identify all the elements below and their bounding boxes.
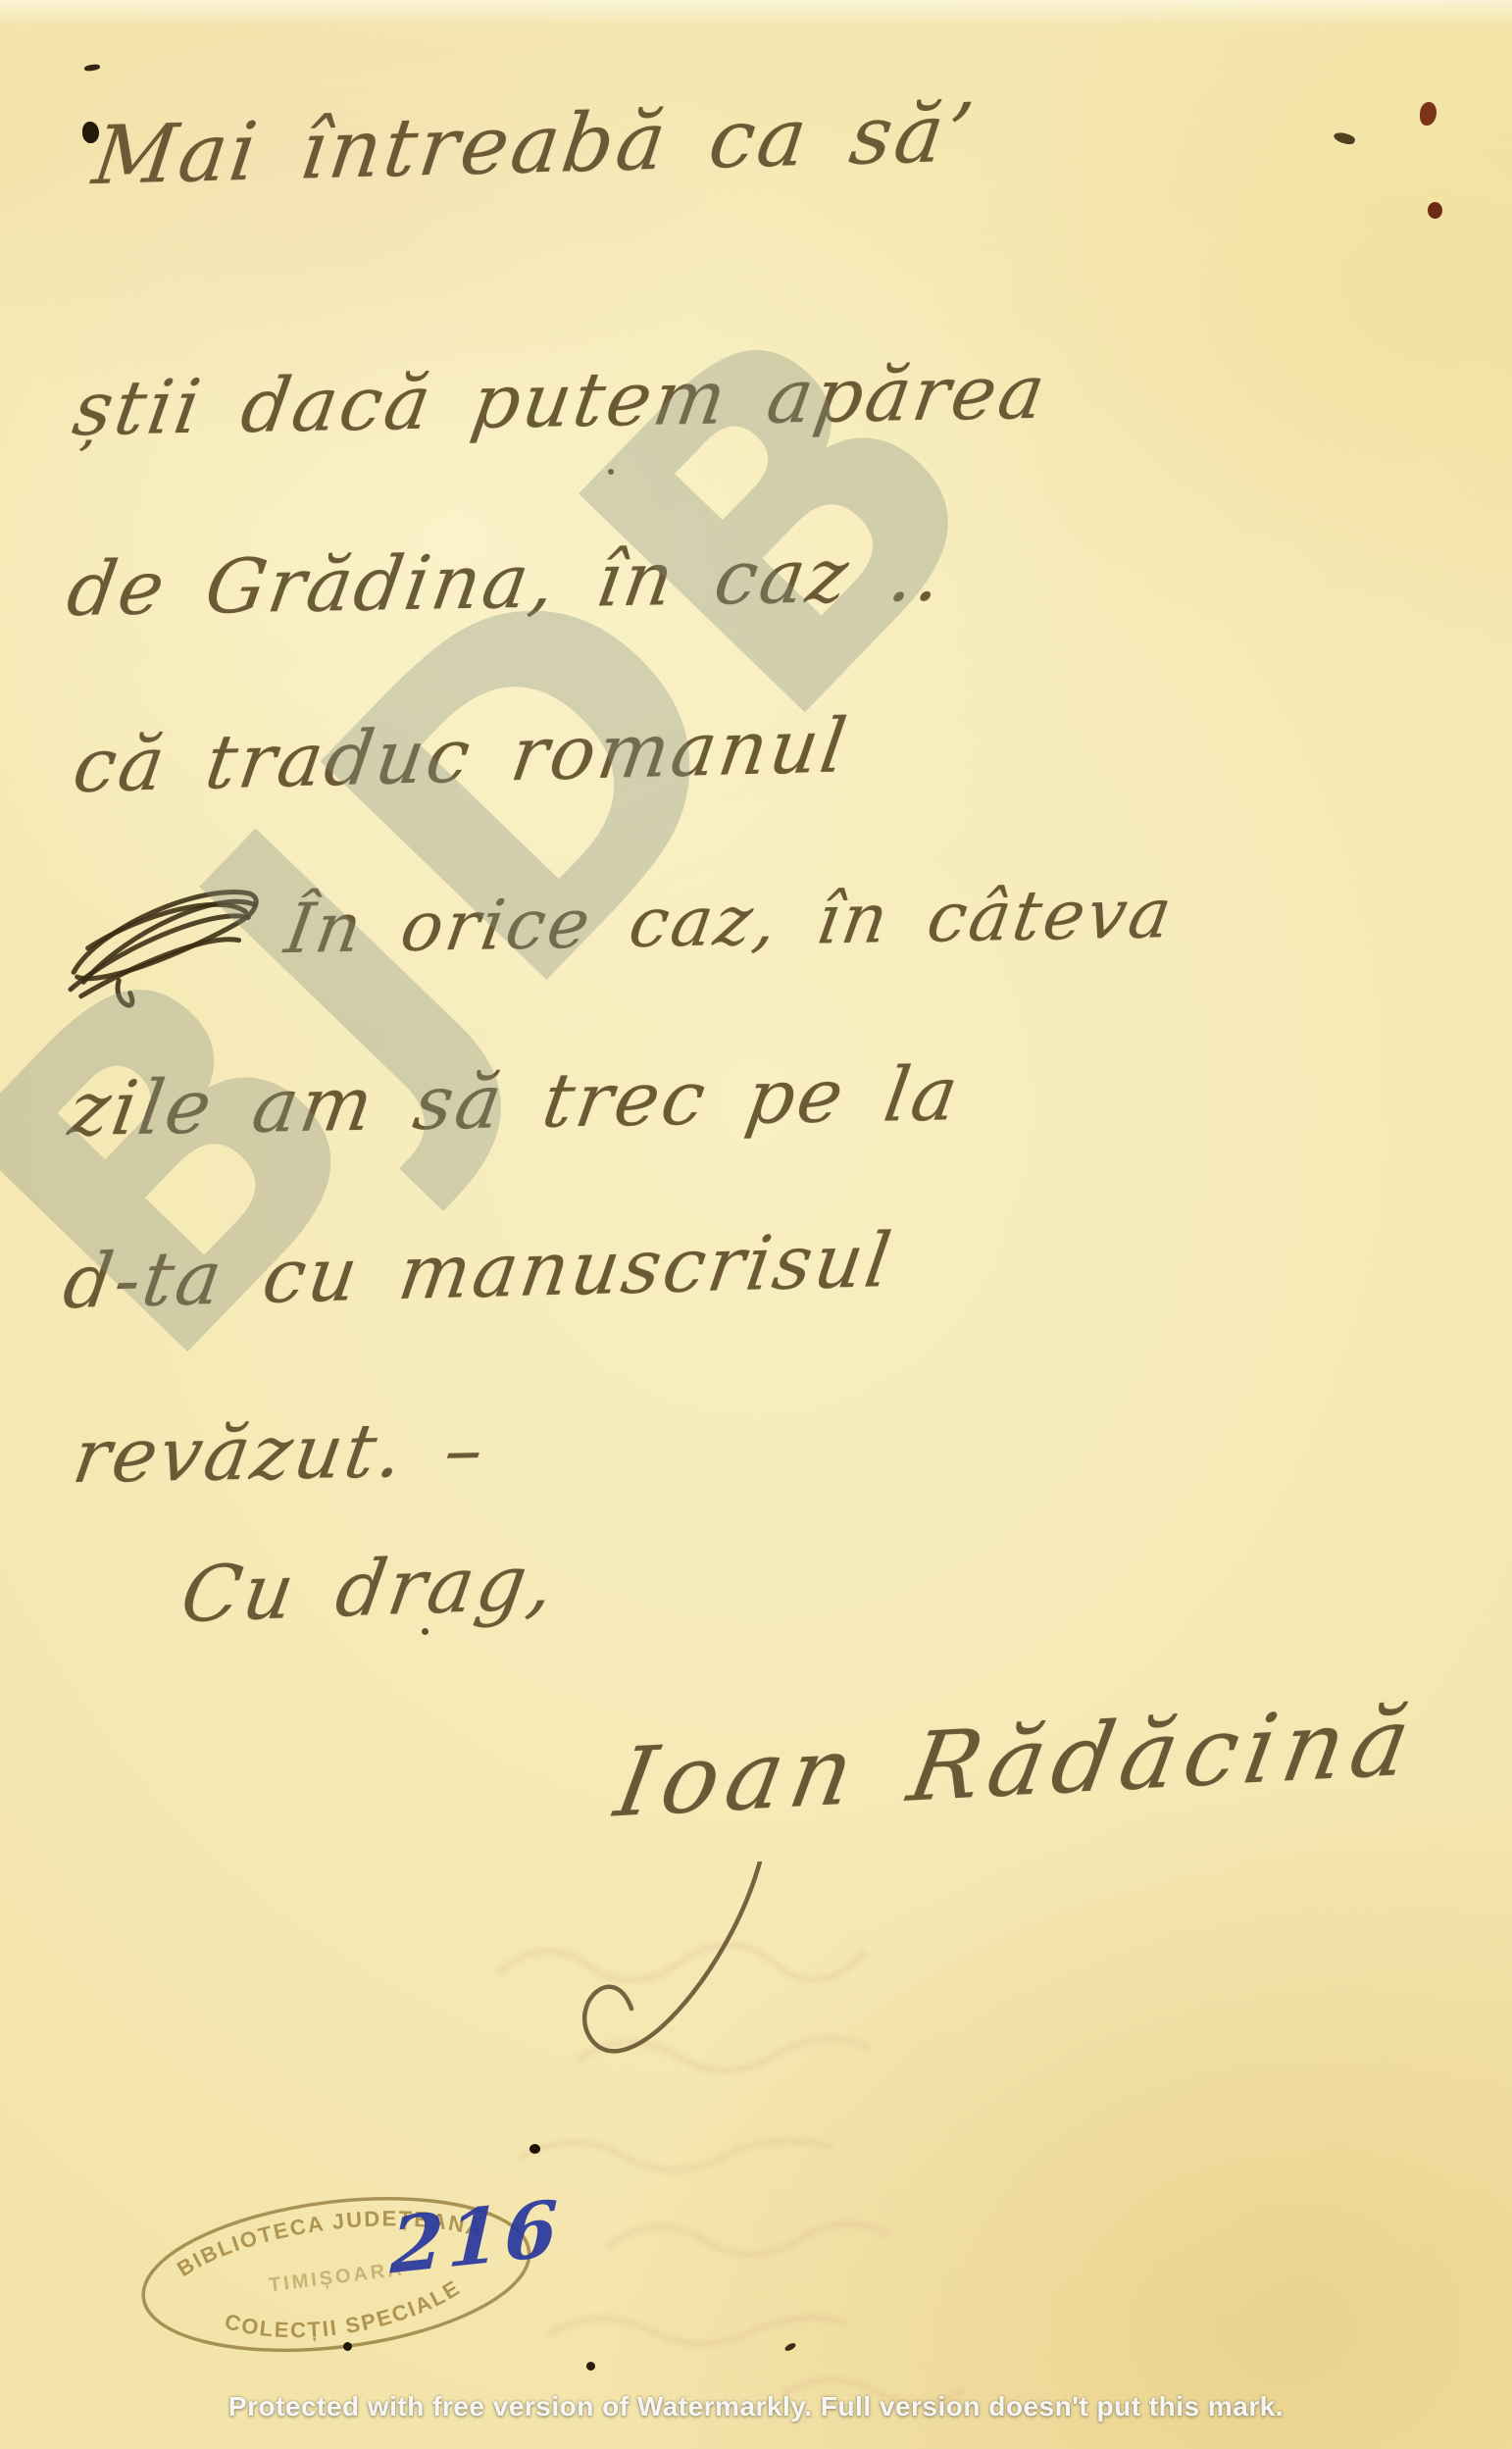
- ink-speck: [608, 469, 614, 475]
- ink-speck: [343, 2342, 352, 2351]
- letter-line-8: revăzut. –: [68, 1405, 492, 1501]
- scanned-letter-page: Mai întreabă ca să’ știi dacă putem apăr…: [0, 0, 1512, 2449]
- letter-line-6: zile am să trec pe la: [64, 1049, 967, 1152]
- ink-speck: [422, 1628, 428, 1635]
- letter-line-3: de Grădina, în caz ..: [62, 530, 950, 633]
- ink-speck: [1428, 202, 1442, 219]
- signature-flourish: [549, 1862, 824, 2156]
- stamp-line-2: TIMIȘOARA: [268, 2259, 406, 2297]
- signature: Ioan Rădăcină: [608, 1686, 1426, 1839]
- crossed-out-word-scribble: [49, 857, 289, 1037]
- ink-speck: [586, 2362, 595, 2371]
- letter-line-1: Mai întreabă ca să’: [88, 86, 981, 203]
- ink-speck: [82, 122, 99, 143]
- ink-speck: [529, 2144, 540, 2154]
- ink-speck: [84, 64, 101, 72]
- letter-line-4: că traduc romanul: [68, 701, 854, 809]
- watermarkly-notice: Protected with free version of Watermark…: [0, 2391, 1512, 2423]
- letter-closing: Cu drag,: [176, 1538, 563, 1640]
- letter-line-7: d-ta cu manuscrisul: [58, 1216, 899, 1325]
- letter-line-5: În orice caz, în câteva: [279, 873, 1180, 969]
- letter-line-2: știi dacă putem apărea: [68, 348, 1054, 453]
- ink-speck: [1333, 130, 1356, 146]
- ink-speck: [1420, 102, 1436, 126]
- accession-number: 216: [389, 2183, 563, 2291]
